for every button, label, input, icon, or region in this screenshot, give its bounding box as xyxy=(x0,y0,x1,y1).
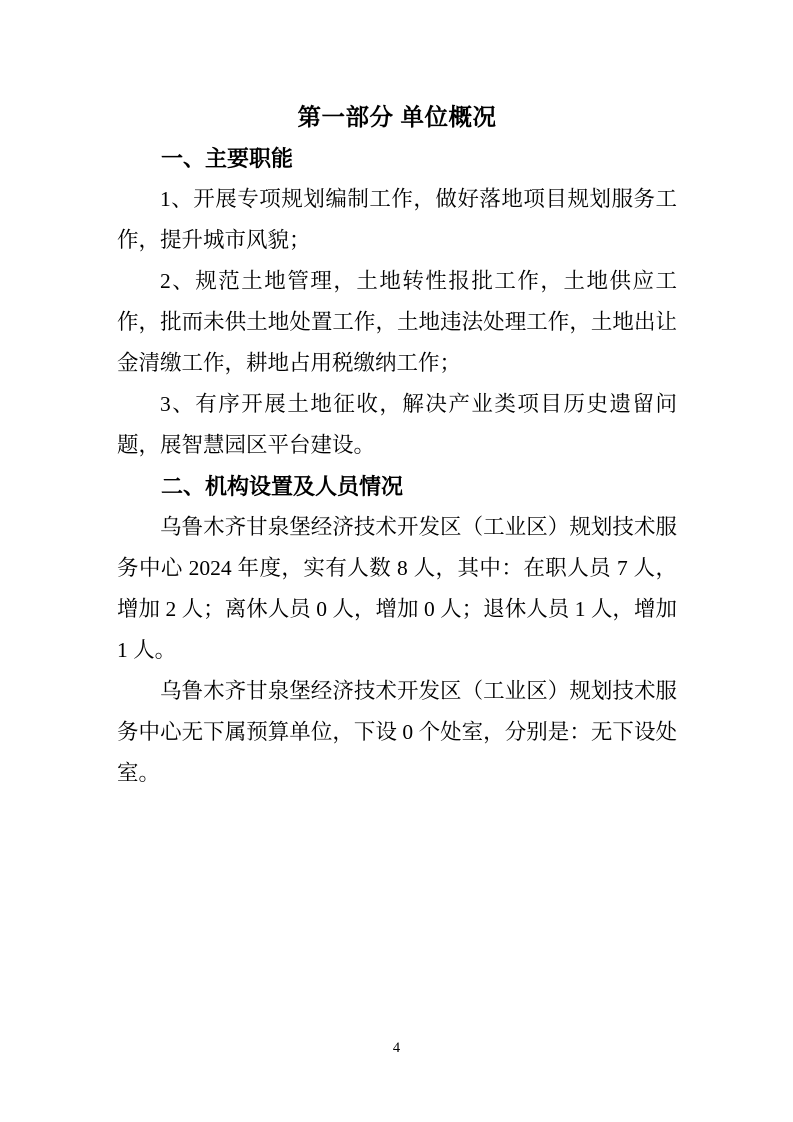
heading-main-duties: 一、主要职能 xyxy=(117,138,677,179)
paragraph-duty-1: 1、开展专项规划编制工作，做好落地项目规划服务工作，提升城市风貌； xyxy=(117,179,677,261)
page-number: 4 xyxy=(0,1038,793,1058)
section-main-duties: 一、主要职能 1、开展专项规划编制工作，做好落地项目规划服务工作，提升城市风貌；… xyxy=(117,138,677,466)
document-page: 第一部分 单位概况 一、主要职能 1、开展专项规划编制工作，做好落地项目规划服务… xyxy=(0,0,793,1122)
heading-organization-staff: 二、机构设置及人员情况 xyxy=(117,466,677,507)
paragraph-duty-3: 3、有序开展土地征收，解决产业类项目历史遗留问题，展智慧园区平台建设。 xyxy=(117,384,677,466)
paragraph-subordinate-units: 乌鲁木齐甘泉堡经济技术开发区（工业区）规划技术服务中心无下属预算单位，下设 0 … xyxy=(117,671,677,794)
document-title: 第一部分 单位概况 xyxy=(117,97,677,138)
paragraph-duty-2: 2、规范土地管理，土地转性报批工作，土地供应工作，批而未供土地处置工作，土地违法… xyxy=(117,261,677,384)
section-organization-staff: 二、机构设置及人员情况 乌鲁木齐甘泉堡经济技术开发区（工业区）规划技术服务中心 … xyxy=(117,466,677,794)
paragraph-staff-numbers: 乌鲁木齐甘泉堡经济技术开发区（工业区）规划技术服务中心 2024 年度，实有人数… xyxy=(117,507,677,671)
